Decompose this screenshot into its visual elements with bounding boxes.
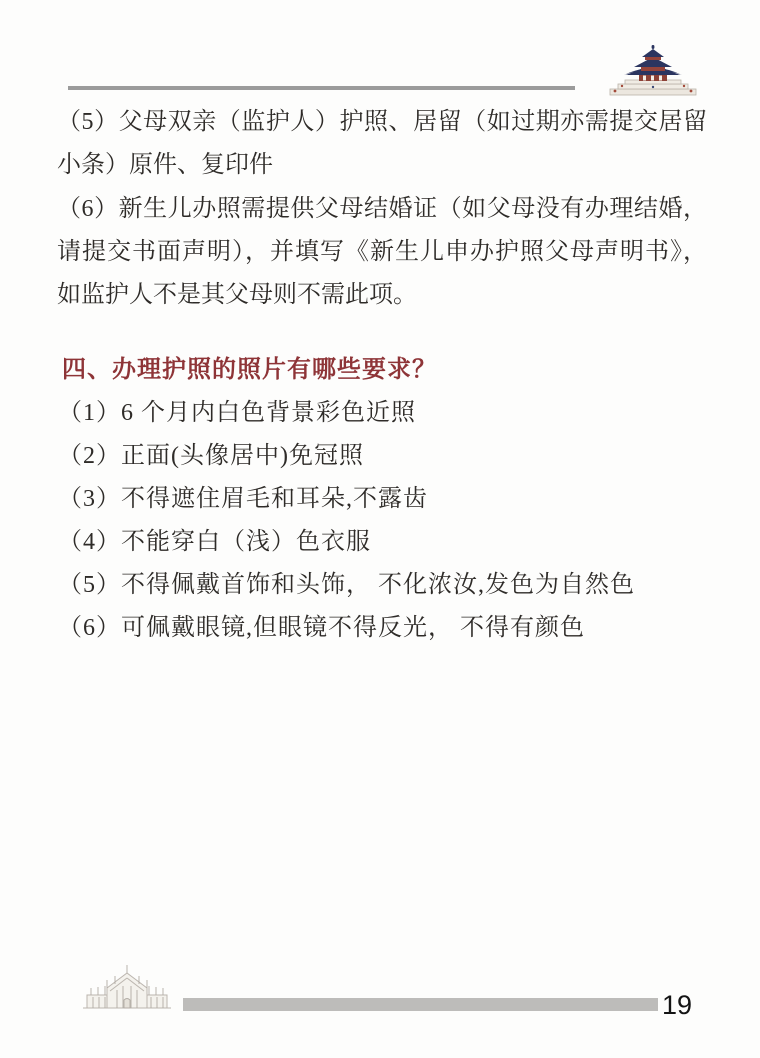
list-item: （5）不得佩戴首饰和头饰， 不化浓汝,发色为自然色 — [58, 564, 718, 607]
paragraph-item-5: （5）父母双亲（监护人）护照、居留（如过期亦需提交居留 小条）原件、复印件 — [57, 101, 707, 187]
temple-of-heaven-illustration — [606, 42, 702, 98]
list-item: （6）可佩戴眼镜,但眼镜不得反光， 不得有颜色 — [58, 607, 718, 650]
header-rule — [68, 86, 575, 90]
paragraph-line: 如监护人不是其父母则不需此项。 — [57, 274, 707, 317]
list-item: （3）不得遮住眉毛和耳朵,不露齿 — [58, 478, 718, 521]
list-item: （2）正面(头像居中)免冠照 — [58, 435, 718, 478]
footer-rule — [183, 998, 658, 1011]
list-item: （1）6 个月内白色背景彩色近照 — [58, 392, 718, 435]
paragraph-line: 小条）原件、复印件 — [57, 144, 707, 187]
paragraph-line: 请提交书面声明），并填写《新生儿申办护照父母声明书》， — [57, 231, 707, 274]
page-number: 19 — [662, 990, 692, 1020]
paragraph-line: （6）新生儿办照需提供父母结婚证（如父母没有办理结婚， — [57, 188, 707, 231]
document-page: （5）父母双亲（监护人）护照、居留（如过期亦需提交居留 小条）原件、复印件 （6… — [0, 0, 760, 1058]
list-item: （4）不能穿白（浅）色衣服 — [58, 521, 718, 564]
temple-of-heaven-icon — [606, 42, 702, 98]
paragraph-item-6: （6）新生儿办照需提供父母结婚证（如父母没有办理结婚， 请提交书面声明），并填写… — [57, 188, 707, 317]
cathedral-sketch-illustration — [77, 964, 177, 1012]
cathedral-sketch-icon — [77, 964, 177, 1012]
paragraph-line: （5）父母双亲（监护人）护照、居留（如过期亦需提交居留 — [57, 101, 707, 144]
section-heading: 四、办理护照的照片有哪些要求？ — [62, 352, 437, 388]
requirements-list: （1）6 个月内白色背景彩色近照 （2）正面(头像居中)免冠照 （3）不得遮住眉… — [58, 392, 718, 650]
